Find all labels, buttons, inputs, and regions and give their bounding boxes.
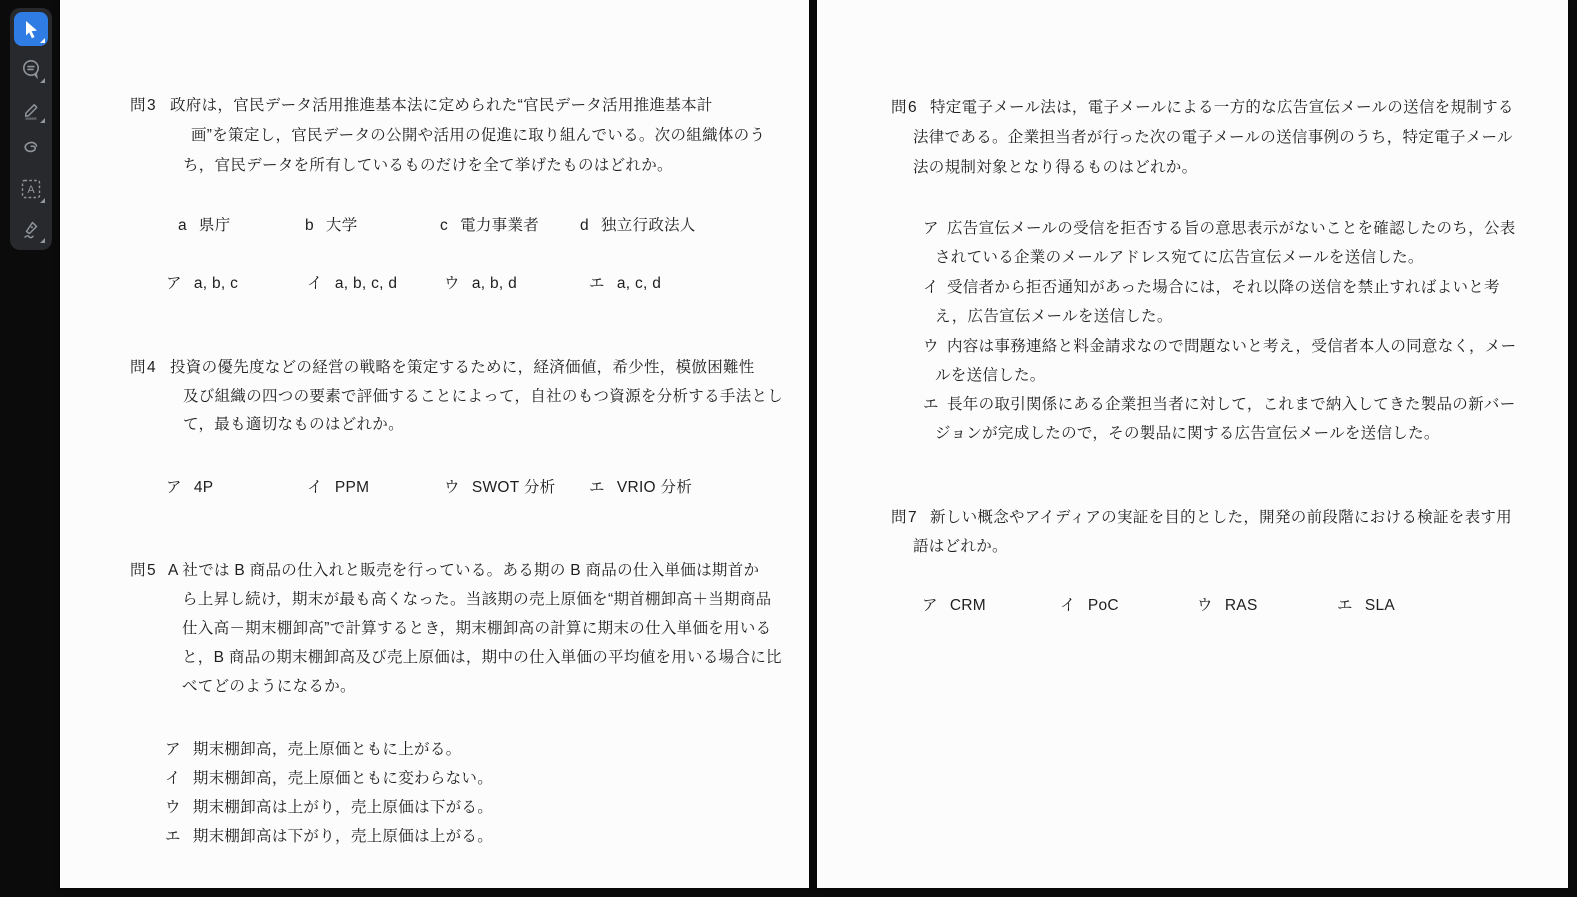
q3-answer-i: イa, b, c, d: [307, 273, 397, 295]
submenu-corner-icon: [40, 238, 45, 243]
text-select-tool-button[interactable]: A: [14, 172, 48, 206]
pen-tool-button[interactable]: [14, 92, 48, 126]
q6-line: 特定電子メール法は，電子メールによる一方的な広告宣伝メールの送信を規制する: [930, 97, 1514, 119]
submenu-corner-icon: [40, 198, 45, 203]
q7-answer-u: ウRAS: [1197, 595, 1258, 617]
q5-line: ら上昇し続け，期末が最も高くなった。当該期の売上原価を“期首棚卸高＋当期商品: [182, 589, 771, 611]
pdf-viewer-app: A 問3 政府は，官民データ活用推進基本法に定められた“官民データ活用推進基本計…: [0, 0, 1577, 897]
q3-line: 画”を策定し，官民データの公開や活用の促進に取り組んでいる。次の組織体のう: [191, 125, 765, 147]
q6-line: 法律である。企業担当者が行った次の電子メールの送信事例のうち，特定電子メール: [913, 127, 1513, 149]
svg-text:A: A: [27, 184, 35, 196]
q6-answer-u-line: 内容は事務連絡と料金請求なので問題ないと考え，受信者本人の同意なく，メー: [947, 336, 1516, 358]
q3-answer-a: アa, b, c: [166, 273, 238, 295]
q3-choice-d: d独立行政法人: [580, 215, 696, 237]
q7-label: 問7: [891, 507, 918, 529]
q5-line: と，B 商品の期末棚卸高及び売上原価は，期中の仕入単価の平均値を用いる場合に比: [182, 647, 782, 669]
q5-label: 問5: [130, 560, 157, 582]
q5-line: べてどのようになるか。: [182, 676, 356, 698]
signature-tool-button[interactable]: [14, 212, 48, 246]
q3-choice-a: a県庁: [178, 215, 231, 237]
q7-answer-i: イPoC: [1060, 595, 1119, 617]
comment-tool-button[interactable]: [14, 52, 48, 86]
q4-answer-u: ウSWOT 分析: [444, 477, 555, 499]
document-page-left[interactable]: 問3 政府は，官民データ活用推進基本法に定められた“官民データ活用推進基本計 画…: [60, 0, 809, 888]
q3-answer-e: エa, c, d: [589, 273, 661, 295]
cursor-tool-button[interactable]: [14, 12, 48, 46]
q6-label: 問6: [891, 97, 918, 119]
q6-answer-e-line: ジョンが完成したので，その製品に関する広告宣伝メールを送信した。: [935, 423, 1440, 445]
q6-answer-u-line: ルを送信した。: [935, 365, 1046, 387]
q7-line: 語はどれか。: [913, 536, 1008, 558]
q7-answer-e: エSLA: [1337, 595, 1395, 617]
q4-answer-a: ア4P: [166, 477, 213, 499]
q3-choice-b: b大学: [305, 215, 358, 237]
annotation-toolbar: A: [10, 8, 52, 250]
q4-label: 問4: [130, 357, 157, 379]
q5-answer-a: ア期末棚卸高，売上原価ともに上がる。: [165, 739, 461, 761]
q6-answer-a-line: 広告宣伝メールの受信を拒否する旨の意思表示がないことを確認したのち，公表: [947, 218, 1516, 240]
q6-answer-a-key: ア: [923, 218, 939, 240]
submenu-corner-icon: [40, 78, 45, 83]
submenu-corner-icon: [40, 118, 45, 123]
submenu-corner-icon: [40, 38, 45, 43]
q6-answer-i-line: え，広告宣伝メールを送信した。: [935, 306, 1173, 328]
q6-answer-e-line: 長年の取引関係にある企業担当者に対して，これまで納入してきた製品の新バー: [947, 394, 1516, 416]
q5-answer-i: イ期末棚卸高，売上原価ともに変わらない。: [165, 768, 493, 790]
q3-line: 政府は，官民データ活用推進基本法に定められた“官民データ活用推進基本計: [170, 95, 713, 117]
q3-answer-u: ウa, b, d: [444, 273, 517, 295]
q3-line: ち，官民データを所有しているものだけを全て挙げたものはどれか。: [183, 155, 673, 177]
q5-answer-e: エ期末棚卸高は下がり，売上原価は上がる。: [165, 826, 493, 848]
lasso-icon: [18, 136, 44, 162]
q3-label: 問3: [130, 95, 157, 117]
lasso-tool-button[interactable]: [14, 132, 48, 166]
q4-line: て，最も適切なものはどれか。: [183, 414, 404, 436]
q7-answer-a: アCRM: [922, 595, 986, 617]
q4-line: 投資の優先度などの経営の戦略を策定するために，経済価値，希少性，模倣困難性: [170, 357, 755, 379]
q4-answer-i: イPPM: [307, 477, 369, 499]
q5-answer-u: ウ期末棚卸高は上がり，売上原価は下がる。: [165, 797, 493, 819]
q5-line: A 社では B 商品の仕入れと販売を行っている。ある期の B 商品の仕入単価は期…: [168, 560, 759, 582]
q6-answer-a-line: されている企業のメールアドレス宛てに広告宣伝メールを送信した。: [935, 247, 1424, 269]
q6-answer-u-key: ウ: [923, 336, 939, 358]
q6-answer-i-line: 受信者から拒否通知があった場合には，それ以降の送信を禁止すればよいと考: [947, 277, 1500, 299]
q6-answer-i-key: イ: [923, 277, 939, 299]
q5-line: 仕入高－期末棚卸高”で計算するとき，期末棚卸高の計算に期末の仕入単価を用いる: [182, 618, 771, 640]
q4-answer-e: エVRIO 分析: [589, 477, 692, 499]
q7-line: 新しい概念やアイディアの実証を目的とした，開発の前段階における検証を表す用: [930, 507, 1512, 529]
document-page-right[interactable]: 問6 特定電子メール法は，電子メールによる一方的な広告宣伝メールの送信を規制する…: [817, 0, 1568, 888]
q4-line: 及び組織の四つの要素で評価することによって，自社のもつ資源を分析する手法とし: [183, 386, 783, 408]
q6-line: 法の規制対象となり得るものはどれか。: [913, 157, 1197, 179]
q6-answer-e-key: エ: [923, 394, 939, 416]
q3-choice-c: c電力事業者: [440, 215, 539, 237]
